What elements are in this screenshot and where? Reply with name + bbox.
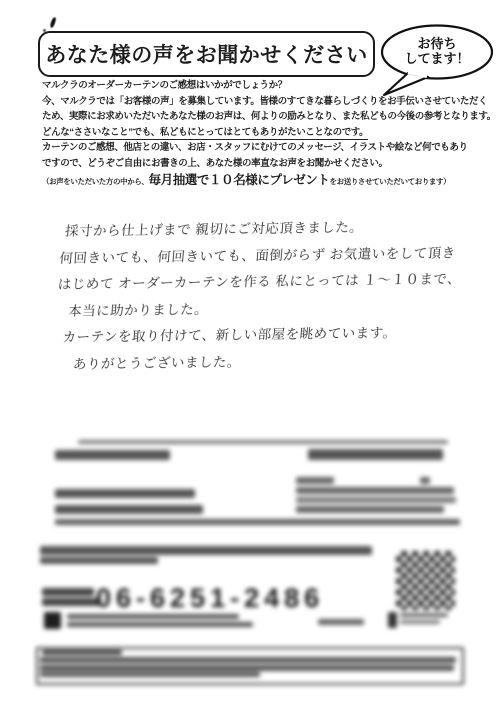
redacted-text-bar [40,546,372,555]
prize-line: （お声をいただいた方の中から、毎月抽選で１０名様にプレゼントをお送りさせていただ… [42,171,472,188]
redacted-text-bar [400,620,440,624]
redacted-text-bar [400,613,448,617]
intro-line: カーテンのご感想、他店との違い、お店・スタッフにむけてのメッセージ、イラストや絵… [42,140,472,156]
redacted-text-bar [40,657,456,663]
ink-speck [49,17,56,29]
redacted-text-bar [296,497,456,503]
title-box: あなた様の声をお聞かせください [38,31,375,77]
redacted-text-bar [55,519,460,525]
redacted-text-bar [296,506,444,513]
phone-number: 06-6251-2486 [96,583,324,614]
redacted-text-bar [296,477,334,484]
intro-line: ですので、どうぞご自由にお書きの上、あなた様の率直なお声をお聞かせください。 [42,156,472,172]
redacted-text-bar [40,557,158,564]
redacted-text-bar [318,619,364,625]
redacted-text-bar [55,489,195,498]
prize-prefix: （お声をいただいた方の中から、 [42,177,149,186]
redacted-phone-label [42,598,100,606]
bubble-line-1: お待ち [378,36,496,51]
intro-line-underlined: どんな“ささいなこと”でも、私どもにとってはとてもありがたいことなのです。 [42,125,472,141]
redacted-text-bar [67,614,239,619]
handwriting-line: ありがとうございました。 [72,346,470,378]
page-title: あなた様の声をお聞かせください [45,39,368,69]
bubble-line-2: してます！ [378,51,496,66]
qr-code [396,551,455,610]
redacted-text-bar [296,487,454,494]
intro-line: マルクラのオーダーカーテンのご感想はいかがでしょうか？ [42,78,472,94]
redacted-text-bar [308,449,443,460]
redacted-phone-label [42,588,94,596]
redacted-text-bar [388,612,397,628]
scanned-feedback-form: あなた様の声をお聞かせください お待ち してます！ マルクラのオーダーカーテンの… [0,0,500,709]
redacted-text-bar [420,477,430,484]
intro-line: 今、マルクラでは「お客様の声」を募集しています。皆様のすてきな暮らしづくりをお手… [42,94,472,110]
redacted-text-bar [42,650,122,655]
intro-paragraph: マルクラのオーダーカーテンのご感想はいかがでしょうか？ 今、マルクラでは「お客様… [42,78,472,188]
redacted-notice-box [36,647,464,685]
prize-highlight: 毎月抽選で１０名様にプレゼント [149,173,330,187]
intro-line: ため、実際にお求めいただいたあなた様のお声は、何よりの励みとなり、また私どもの今… [42,109,472,125]
redacted-text-bar [40,665,454,671]
bubble-text: お待ち してます！ [378,36,496,66]
handwritten-comment: 採寸から仕上げまで 親切にご対応頂きました。 何回きいても、何回きいても、面倒が… [57,213,469,378]
company-logo-redacted [44,612,61,629]
redacted-text-bar [67,622,253,627]
redacted-text-bar [55,450,170,460]
redacted-text-bar [78,440,448,444]
prize-suffix: をお送りさせていただいております） [330,177,451,186]
redacted-text-bar [55,505,203,514]
redacted-text-bar [40,672,260,677]
